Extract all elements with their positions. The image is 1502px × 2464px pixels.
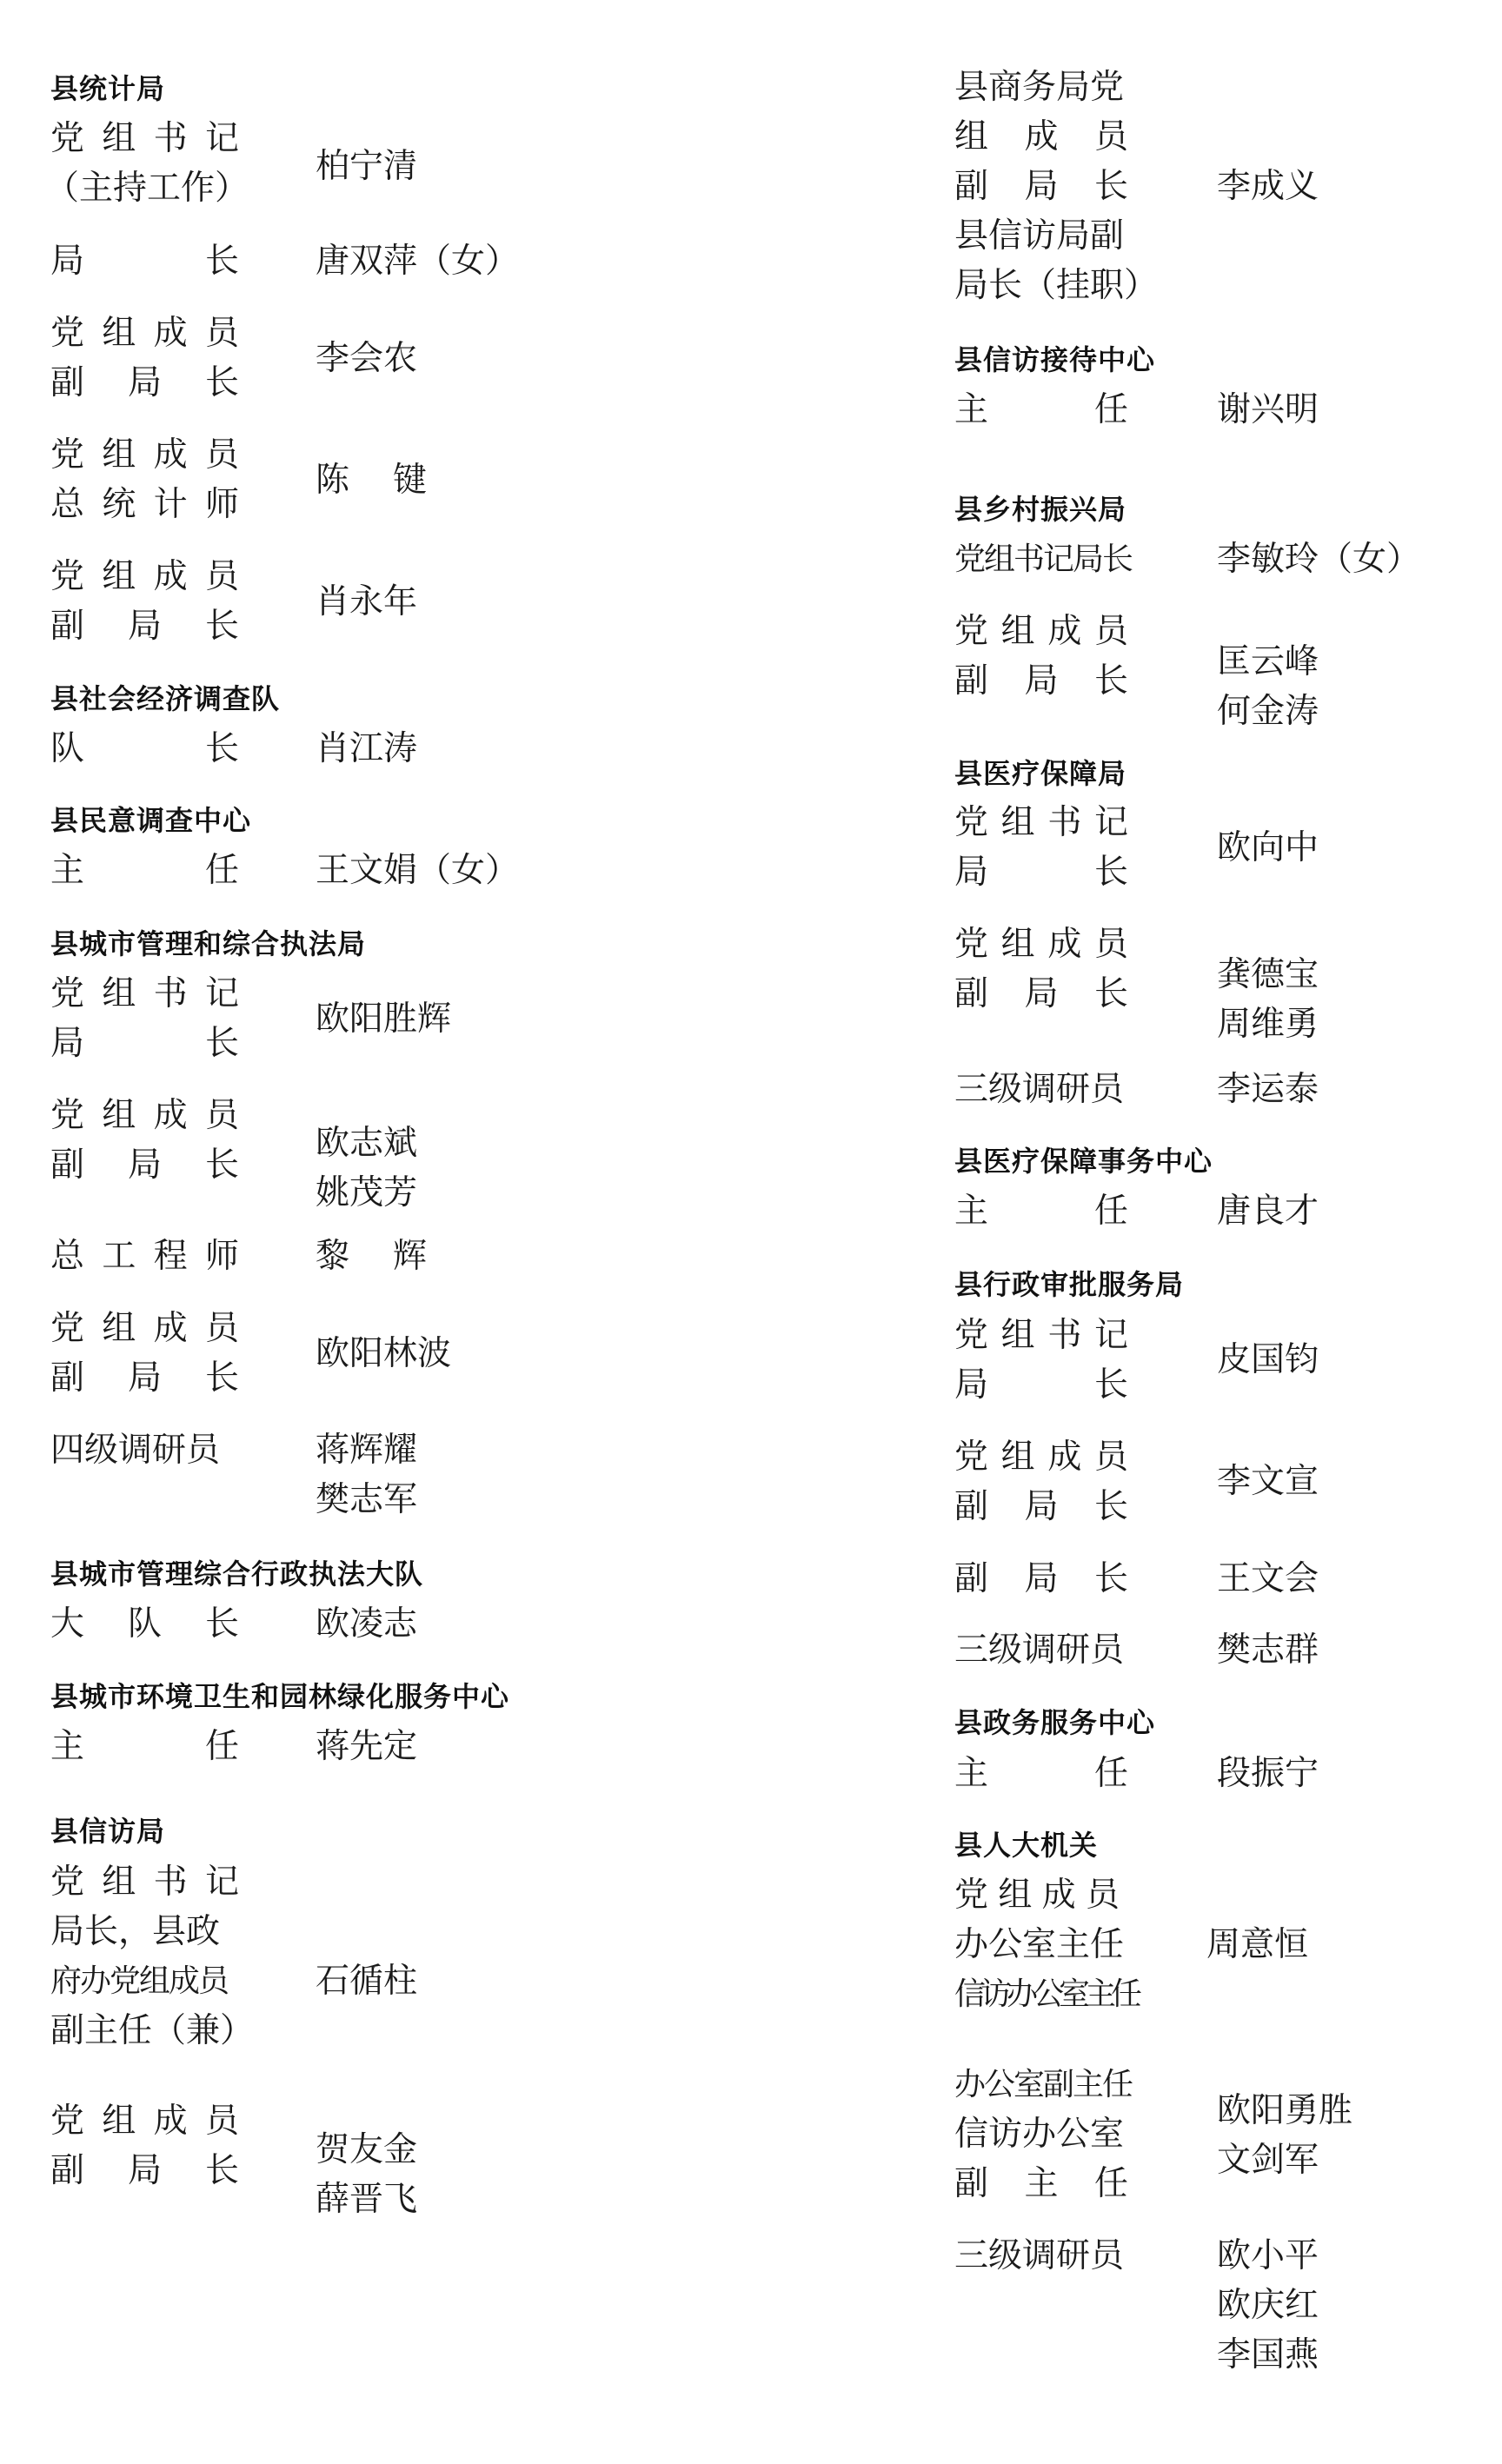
role-label: 党组成员 — [954, 607, 1128, 656]
role-label: 党组成员 — [50, 309, 239, 358]
role-label: 办公室副主任 — [954, 2060, 1132, 2109]
person-name: 柏宁清 — [316, 142, 417, 191]
role-label: 党组成员 — [954, 1432, 1128, 1482]
person-name: 李运泰 — [1217, 1065, 1319, 1114]
section-title: 县民意调查中心 — [50, 803, 251, 838]
section-title: 县信访接待中心 — [954, 342, 1155, 377]
section-title: 县城市环境卫生和园林绿化服务中心 — [50, 1679, 509, 1714]
section-title: 县医疗保障局 — [954, 756, 1126, 791]
person-name: 石循柱 — [316, 1956, 417, 2006]
role-label: 队长 — [50, 724, 239, 774]
person-name: 欧向中 — [1217, 823, 1319, 873]
role-label: 副局长 — [954, 1482, 1128, 1531]
person-name: 文剑军 — [1217, 2135, 1319, 2185]
role-label: 党组成员 — [954, 1870, 1120, 1920]
section-title: 县统计局 — [50, 71, 165, 106]
role-label: 党组书记 — [50, 1857, 239, 1907]
person-name: 唐良才 — [1217, 1186, 1319, 1236]
role-label: 主任 — [50, 1722, 239, 1771]
role-label: 主任 — [954, 1186, 1128, 1236]
role-label: 三级调研员 — [954, 1625, 1124, 1675]
role-label: 组成员 — [954, 112, 1128, 162]
role-label: 党组成员 — [50, 1091, 239, 1140]
role-label: 党组书记 — [954, 798, 1128, 847]
person-name: 李敏玲（女） — [1217, 535, 1420, 584]
person-name: 欧阳勇胜 — [1217, 2086, 1352, 2135]
role-label: 党组成员 — [50, 430, 239, 480]
role-label: 副局长 — [50, 2146, 239, 2195]
role-label: 副主任 — [954, 2159, 1128, 2208]
section-title: 县乡村振兴局 — [954, 492, 1126, 527]
role-label: 主任 — [954, 385, 1128, 435]
person-name: 薛晋飞 — [316, 2175, 417, 2224]
person-name: 王文娟（女） — [316, 846, 519, 895]
role-label: 县商务局党 — [954, 63, 1124, 112]
person-name: 周意恒 — [1206, 1920, 1308, 1969]
role-label: 党组成员 — [50, 552, 239, 601]
role-label: 局长，县政 — [50, 1907, 220, 1956]
role-label: 主任 — [954, 1749, 1128, 1798]
role-label: 副局长 — [954, 656, 1128, 706]
role-label: 三级调研员 — [954, 1065, 1124, 1114]
role-label: 党组成员 — [50, 1304, 239, 1353]
role-label: 副局长 — [50, 358, 239, 408]
section-title: 县人大机关 — [954, 1828, 1098, 1863]
role-label: 副主任（兼） — [50, 2006, 254, 2056]
role-label: 四级调研员 — [50, 1425, 220, 1475]
person-name: 李国燕 — [1217, 2330, 1319, 2380]
person-name: 欧凌志 — [316, 1599, 417, 1649]
person-name: 段振宁 — [1217, 1749, 1319, 1798]
role-label: 党组书记局长 — [954, 535, 1132, 584]
section-title: 县医疗保障事务中心 — [954, 1144, 1213, 1179]
person-name: 唐双萍（女） — [316, 236, 519, 286]
person-name: 肖永年 — [316, 577, 417, 627]
section-title: 县城市管理和综合执法局 — [50, 926, 366, 961]
role-label: 局长（挂职） — [954, 261, 1158, 310]
role-label: 信访办公室主任 — [954, 1969, 1137, 2019]
person-name: 蒋辉耀 — [316, 1425, 417, 1475]
person-name: 黎辉 — [316, 1232, 427, 1281]
person-name: 陈键 — [316, 455, 427, 505]
person-name: 肖江涛 — [316, 724, 417, 774]
role-label: 主任 — [50, 846, 239, 895]
section-title: 县社会经济调查队 — [50, 681, 280, 716]
role-label: 副局长 — [50, 1140, 239, 1190]
person-name: 贺友金 — [316, 2125, 417, 2175]
role-label: 副局长 — [954, 162, 1128, 211]
role-label: 党组书记 — [50, 114, 239, 163]
role-label: 县信访局副 — [954, 211, 1124, 261]
person-name: 樊志军 — [316, 1475, 417, 1524]
role-label: 党组书记 — [954, 1311, 1128, 1360]
role-label: 局长 — [954, 847, 1128, 897]
person-name: 樊志群 — [1217, 1625, 1319, 1675]
person-name: 欧志斌 — [316, 1119, 417, 1168]
section-title: 县政务服务中心 — [954, 1705, 1155, 1740]
person-name: 李成义 — [1217, 162, 1319, 211]
role-label: 副局长 — [954, 969, 1128, 1019]
role-label: 副局长 — [50, 601, 239, 651]
role-label: 三级调研员 — [954, 2231, 1124, 2281]
person-name: 何金涛 — [1217, 687, 1319, 736]
role-label: 局长 — [50, 1019, 239, 1068]
role-label: 局长 — [50, 236, 239, 286]
role-label: 局长 — [954, 1360, 1128, 1410]
person-name: 谢兴明 — [1217, 385, 1319, 435]
role-label: 信访办公室 — [954, 2109, 1124, 2159]
role-label: 副局长 — [954, 1554, 1128, 1604]
person-name: 周维勇 — [1217, 1000, 1319, 1049]
role-label: 总统计师 — [50, 480, 239, 529]
role-label: （主持工作） — [45, 163, 249, 213]
person-name: 欧庆红 — [1217, 2281, 1319, 2330]
role-label: 办公室主任 — [954, 1920, 1124, 1969]
role-label: 党组书记 — [50, 969, 239, 1019]
person-name: 欧阳胜辉 — [316, 994, 451, 1044]
section-title: 县信访局 — [50, 1814, 165, 1849]
role-label: 府办党组成员 — [50, 1956, 228, 2006]
person-name: 李文宣 — [1217, 1457, 1319, 1506]
person-name: 李会农 — [316, 334, 417, 383]
person-name: 蒋先定 — [316, 1722, 417, 1771]
role-label: 党组成员 — [954, 920, 1128, 969]
section-title: 县城市管理综合行政执法大队 — [50, 1557, 423, 1591]
role-label: 副局长 — [50, 1353, 239, 1403]
role-label: 大队长 — [50, 1599, 239, 1649]
person-name: 皮国钧 — [1217, 1335, 1319, 1385]
section-title: 县行政审批服务局 — [954, 1267, 1184, 1302]
person-name: 匡云峰 — [1217, 637, 1319, 687]
person-name: 欧小平 — [1217, 2231, 1319, 2281]
role-label: 总工程师 — [50, 1232, 239, 1281]
person-name: 王文会 — [1217, 1554, 1319, 1604]
person-name: 龚德宝 — [1217, 950, 1319, 1000]
person-name: 欧阳林波 — [316, 1329, 451, 1378]
person-name: 姚茂芳 — [316, 1168, 417, 1218]
role-label: 党组成员 — [50, 2096, 239, 2146]
